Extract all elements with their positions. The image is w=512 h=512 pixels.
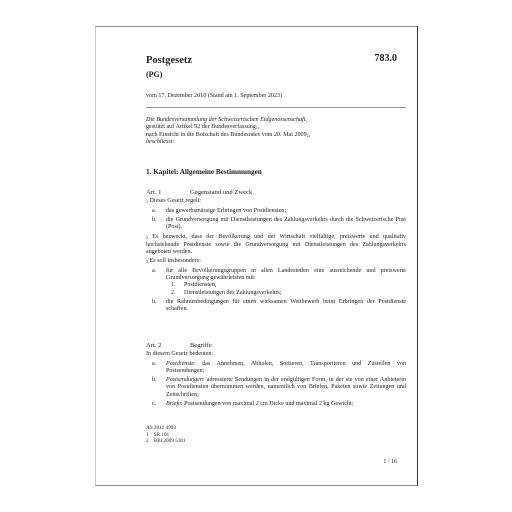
preamble-line: beschliesst: <box>146 139 406 146</box>
chapter-heading: 1. Kapitel: Allgemeine Bestimmungen <box>146 168 262 176</box>
document-abbreviation: (PG) <box>146 70 162 79</box>
preamble: Die Bundesversammlung der Schweizerische… <box>146 117 406 146</box>
preamble-line: nach Einsicht in die Botschaft des Bunde… <box>146 132 406 139</box>
footnote-source: AS 2012 4993 <box>146 425 176 431</box>
list-item: c.Briefe: Postsendungen von maximal 2 cm… <box>146 401 406 408</box>
page-number: 1 / 16 <box>383 459 397 465</box>
paragraph-3: 3 Es soll insbesondere: <box>146 258 406 265</box>
date-line: vom 17. Dezember 2010 (Stand am 1. Septe… <box>146 93 282 100</box>
paragraph-1: 1 Dieses Gesetz regelt: <box>146 198 406 205</box>
article-intro: In diesem Gesetz bedeuten: <box>146 351 406 358</box>
list-item: a.für alle Bevölkerungsgruppen in allen … <box>146 268 406 283</box>
document-title: Postgesetz <box>146 55 192 66</box>
footnote: 2 BBl 2009 5181 <box>146 438 186 444</box>
list-item: a.Postdienste: das Annehmen, Abholen, So… <box>146 361 406 376</box>
article-1: Art. 1Gegenstand und Zweck 1 Dieses Gese… <box>146 189 406 313</box>
list-item: b.die Grundversorgung mit Dienstleistung… <box>146 217 406 232</box>
list-item: b.Postsendungen: adressierte Sendungen i… <box>146 377 406 399</box>
sr-number: 783.0 <box>375 53 398 64</box>
paragraph-2: 2 Es bezweckt, dass der Bevölkerung und … <box>146 234 406 256</box>
article-heading: Art. 2Begriffe <box>146 342 406 349</box>
list-item: b.die Rahmenbedingungen für einen wirksa… <box>146 299 406 314</box>
preamble-line: gestützt auf Artikel 92 der Bundesverfas… <box>146 124 406 131</box>
article-heading: Art. 1Gegenstand und Zweck <box>146 189 406 196</box>
article-2: Art. 2Begriffe In diesem Gesetz bedeuten… <box>146 342 406 408</box>
list-item: a.das gewerbsmässige Erbringen von Postd… <box>146 208 406 215</box>
header-divider <box>146 107 406 108</box>
sub-list-item: 2.Dienstleistungen des Zahlungsverkehrs; <box>146 290 406 297</box>
document-page: Postgesetz (PG) 783.0 vom 17. Dezember 2… <box>95 26 418 486</box>
sub-list-item: 1.Postdiensten, <box>146 282 406 289</box>
